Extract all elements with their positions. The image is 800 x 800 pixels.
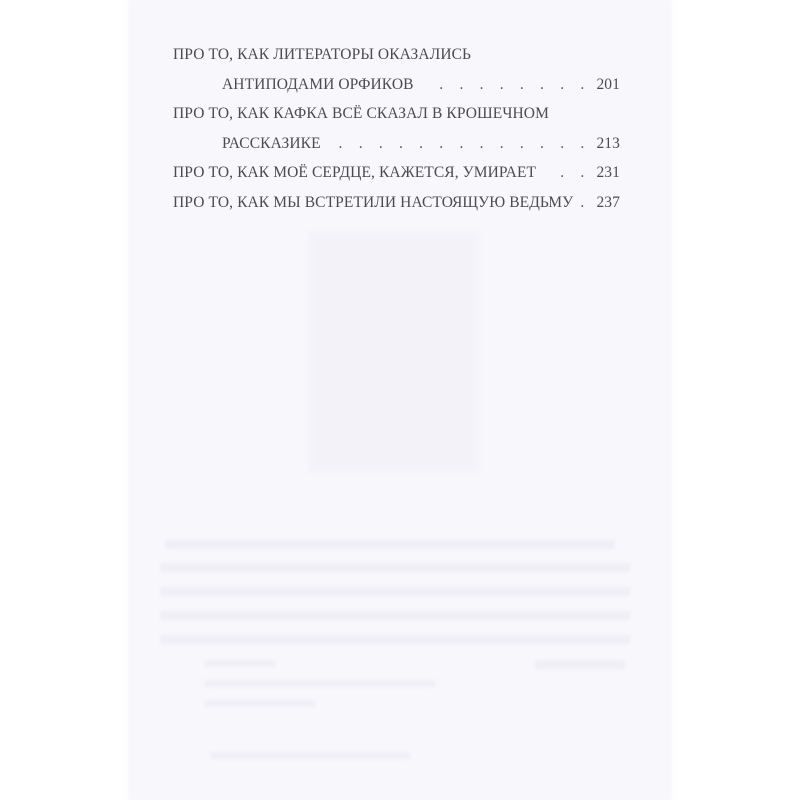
toc-entry-title: ПРО ТО, КАК КАФКА ВСЁ СКАЗАЛ В КРОШЕЧНОМ [173,99,549,129]
bleed-through-text [160,563,630,572]
bleed-through-text [160,611,630,620]
bleed-through-text [205,700,315,707]
toc-entry[interactable]: ПРО ТО, КАК МЫ ВСТРЕТИЛИ НАСТОЯЩУЮ ВЕДЬМ… [173,188,620,218]
dot-leader: . . . . . . . . . . . . . . . . . . . . … [544,158,590,188]
bleed-through-text [535,660,625,669]
table-of-contents: ПРО ТО, КАК ЛИТЕРАТОРЫ ОКАЗАЛИСЬ АНТИПОД… [173,40,620,217]
toc-page-number: 231 [596,158,620,188]
bleed-through-text [160,635,630,644]
dot-leader: . . . . . . . . . . . . . . . . . . . . … [422,70,591,100]
bleed-through-text [205,680,435,687]
toc-page-number: 201 [596,70,620,100]
toc-entry-title: ПРО ТО, КАК ЛИТЕРАТОРЫ ОКАЗАЛИСЬ [173,40,471,70]
toc-entry[interactable]: ПРО ТО, КАК МОЁ СЕРДЦЕ, КАЖЕТСЯ, УМИРАЕТ… [173,158,620,188]
bleed-through-text [160,587,630,596]
toc-entry[interactable]: ПРО ТО, КАК КАФКА ВСЁ СКАЗАЛ В КРОШЕЧНОМ… [173,99,620,158]
dot-leader: . . . . . . . . . . . . . . . . . . . . … [329,129,591,159]
book-page: ПРО ТО, КАК ЛИТЕРАТОРЫ ОКАЗАЛИСЬ АНТИПОД… [130,0,670,800]
bleed-through-text [165,540,615,549]
toc-page-number: 213 [596,129,620,159]
dot-leader: . . . . . . . . . . . . . . . . . . . . … [581,188,590,218]
bleed-through-text [205,660,275,667]
toc-entry-title: ПРО ТО, КАК МЫ ВСТРЕТИЛИ НАСТОЯЩУЮ ВЕДЬМ… [173,188,573,218]
toc-entry[interactable]: ПРО ТО, КАК ЛИТЕРАТОРЫ ОКАЗАЛИСЬ АНТИПОД… [173,40,620,99]
toc-entry-title-continued: АНТИПОДАМИ ОРФИКОВ [222,70,414,100]
toc-page-number: 237 [596,188,620,218]
bleed-through-text [210,752,410,759]
bleed-through-illustration [308,232,478,472]
toc-entry-title: ПРО ТО, КАК МОЁ СЕРДЦЕ, КАЖЕТСЯ, УМИРАЕТ [173,158,536,188]
toc-entry-title-continued: РАССКАЗИКЕ [222,129,321,159]
